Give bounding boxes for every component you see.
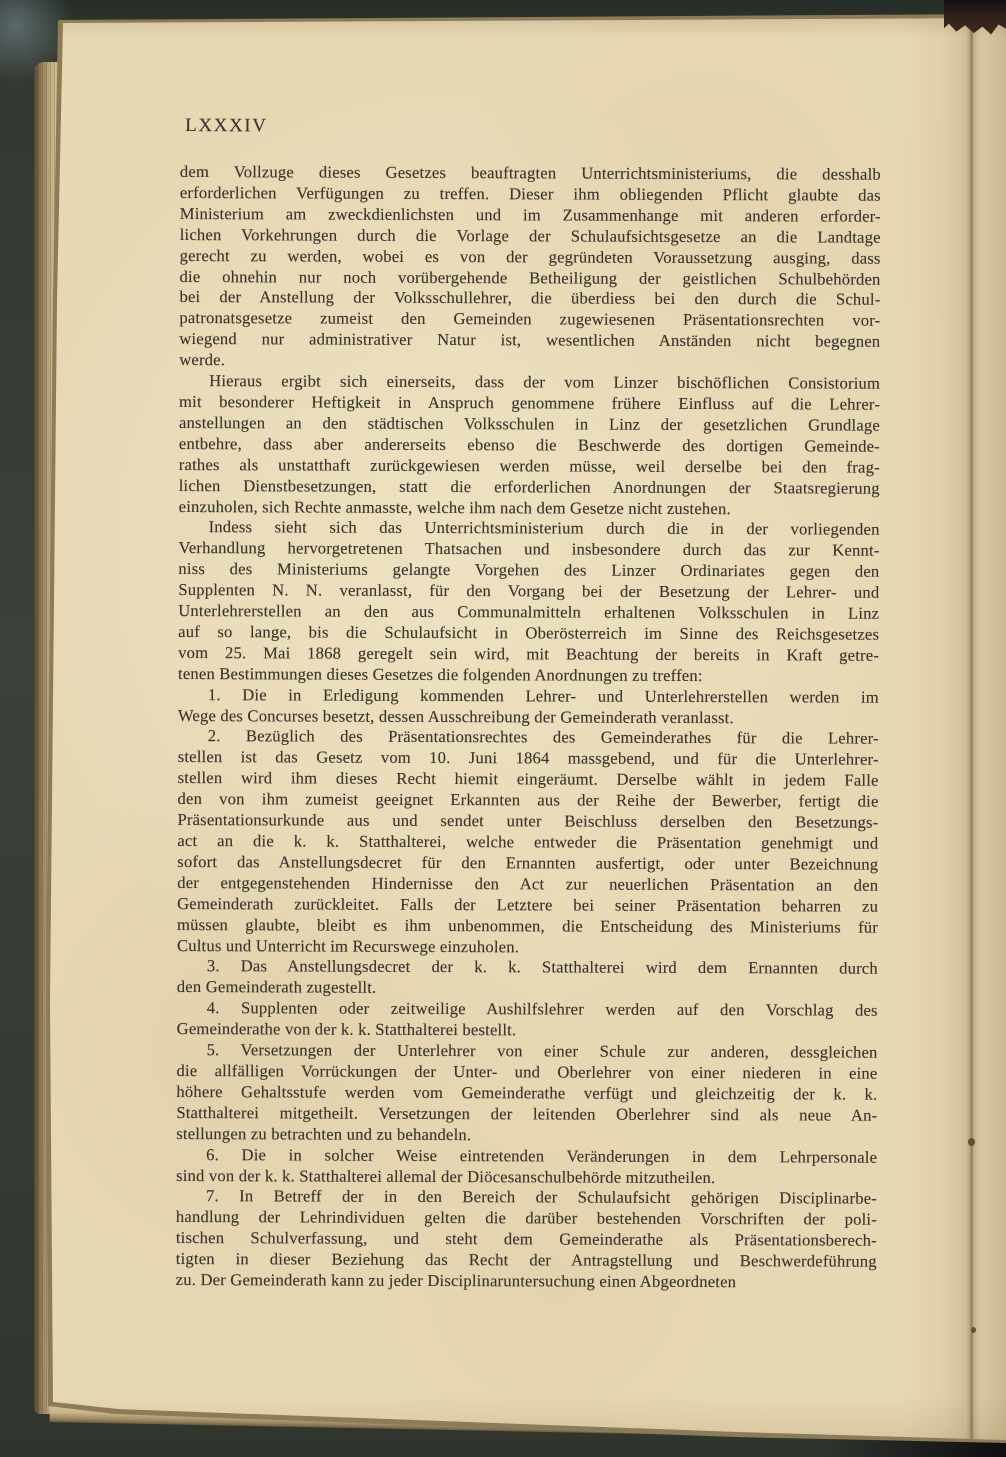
text-line: mit besonderer Heftigkeit in Anspruch ge…: [179, 392, 880, 416]
page-number: LXXXIV: [185, 115, 268, 137]
paragraph: 1. Die in Erledigung kommenden Lehrer- u…: [178, 685, 879, 730]
text-line: 6. Die in solcher Weise eintretenden Ver…: [176, 1145, 877, 1169]
text-line: sofort das Anstellungsdecret für den Ern…: [177, 852, 878, 876]
paragraph: 2. Bezüglich des Präsentationsrechtes de…: [177, 726, 879, 959]
paragraph: 7. In Betreff der in den Bereich der Sch…: [176, 1186, 877, 1293]
text-line: 1. Die in Erledigung kommenden Lehrer- u…: [178, 685, 879, 709]
text-line: sind von der k. k. Statthalterei allemal…: [176, 1165, 877, 1189]
text-line: müssen glaubte, bleibt es ihm unbenommen…: [177, 915, 878, 939]
text-line: patronatsgesetze zumeist den Gemeinden z…: [179, 308, 880, 332]
text-line: 3. Das Anstellungsdecret der k. k. Statt…: [177, 956, 878, 980]
text-line: stellen ist das Gesetz vom 10. Juni 1864…: [178, 747, 879, 771]
text-line: lichen Vorkehrungen durch die Vorlage de…: [180, 225, 881, 249]
text-line: auf so lange, bis die Schulaufsicht in O…: [178, 622, 879, 646]
text-line: gerecht zu werden, wobei es von der gegr…: [180, 246, 881, 270]
text-line: wiegend nur administrativer Natur ist, w…: [179, 329, 880, 353]
text-line: Gemeinderath zurückleitet. Falls der Let…: [177, 894, 878, 918]
text-line: Gemeinderathe von der k. k. Statthaltere…: [177, 1019, 878, 1043]
text-block: dem Vollzuge dieses Gesetzes beauftragte…: [176, 162, 881, 1294]
text-line: bei der Anstellung der Volksschullehrer,…: [179, 287, 880, 311]
paragraph: 6. Die in solcher Weise eintretenden Ver…: [176, 1145, 877, 1190]
text-line: höhere Gehaltsstufe werden vom Gemeinder…: [176, 1082, 877, 1106]
text-line: act an die k. k. Statthalterei, welche e…: [177, 831, 878, 855]
text-line: 4. Supplenten oder zeitweilige Aushilfsl…: [177, 998, 878, 1022]
text-line: handlung der Lehrindividuen gelten die d…: [176, 1207, 877, 1231]
text-line: rathes als unstatthaft zurückgewiesen we…: [179, 455, 880, 479]
text-line: einzuholen, sich Rechte anmasste, welche…: [179, 496, 880, 520]
text-line: Ministerium am zweckdienlichsten und im …: [180, 204, 881, 228]
scanned-book-photo: LXXXIV dem Vollzuge dieses Gesetzes beau…: [0, 0, 1006, 1457]
text-line: Cultus und Unterricht im Recurswege einz…: [177, 936, 878, 960]
text-line: die ohnehin nur noch vorübergehende Beth…: [180, 267, 881, 291]
text-line: 7. In Betreff der in den Bereich der Sch…: [176, 1186, 877, 1210]
text-line: Wege des Concurses besetzt, dessen Aussc…: [178, 706, 879, 730]
paragraph: Hieraus ergibt sich einerseits, dass der…: [179, 371, 881, 520]
text-line: den Gemeinderath zugestellt.: [177, 977, 878, 1001]
paragraph: 3. Das Anstellungsdecret der k. k. Statt…: [177, 956, 878, 1001]
paragraph: 4. Supplenten oder zeitweilige Aushilfsl…: [177, 998, 878, 1043]
text-line: Hieraus ergibt sich einerseits, dass der…: [179, 371, 880, 395]
text-line: stellungen zu betrachten und zu behandel…: [176, 1124, 877, 1148]
page-content: LXXXIV dem Vollzuge dieses Gesetzes beau…: [0, 0, 1006, 1457]
text-line: Verhandlung hervorgetretenen Thatsachen …: [178, 538, 879, 562]
text-line: den von ihm zumeist geeignet Erkannten a…: [178, 789, 879, 813]
text-line: 2. Bezüglich des Präsentationsrechtes de…: [178, 726, 879, 750]
paragraph: 5. Versetzungen der Unterlehrer von eine…: [176, 1040, 877, 1147]
text-line: vom 25. Mai 1868 geregelt sein wird, mit…: [178, 643, 879, 667]
text-line: Supplenten N. N. veranlasst, für den Vor…: [178, 580, 879, 604]
text-line: Präsentationsurkunde aus und sendet unte…: [177, 810, 878, 834]
text-line: tischen Schulverfassung, und steht dem G…: [176, 1228, 877, 1252]
text-line: zu. Der Gemeinderath kann zu jeder Disci…: [176, 1270, 877, 1294]
text-line: anstellungen an den städtischen Volkssch…: [179, 413, 880, 437]
text-line: lichen Dienstbesetzungen, statt die erfo…: [179, 476, 880, 500]
text-line: werde.: [179, 350, 880, 374]
text-line: Indess sieht sich das Unterrichtsministe…: [179, 517, 880, 541]
text-line: stellen wird ihm dieses Recht hiemit ein…: [178, 768, 879, 792]
text-line: niss des Ministeriums gelangte Vorgehen …: [178, 559, 879, 583]
text-line: 5. Versetzungen der Unterlehrer von eine…: [177, 1040, 878, 1064]
text-line: dem Vollzuge dieses Gesetzes beauftragte…: [180, 162, 881, 186]
text-line: tigten in dieser Beziehung das Recht der…: [176, 1249, 877, 1273]
text-line: Statthalterei mitgetheilt. Versetzungen …: [176, 1103, 877, 1127]
text-line: entbehre, dass aber andererseits ebenso …: [179, 434, 880, 458]
text-line: der entgegenstehenden Hindernisse den Ac…: [177, 873, 878, 897]
text-line: tenen Bestimmungen dieses Gesetzes die f…: [178, 664, 879, 688]
text-line: Unterlehrerstellen an den aus Communalmi…: [178, 601, 879, 625]
paragraph: Indess sieht sich das Unterrichtsministe…: [178, 517, 880, 687]
text-line: die allfälligen Vorrückungen der Unter- …: [176, 1061, 877, 1085]
text-line: erforderlichen Verfügungen zu treffen. D…: [180, 183, 881, 207]
paragraph: dem Vollzuge dieses Gesetzes beauftragte…: [179, 162, 881, 374]
